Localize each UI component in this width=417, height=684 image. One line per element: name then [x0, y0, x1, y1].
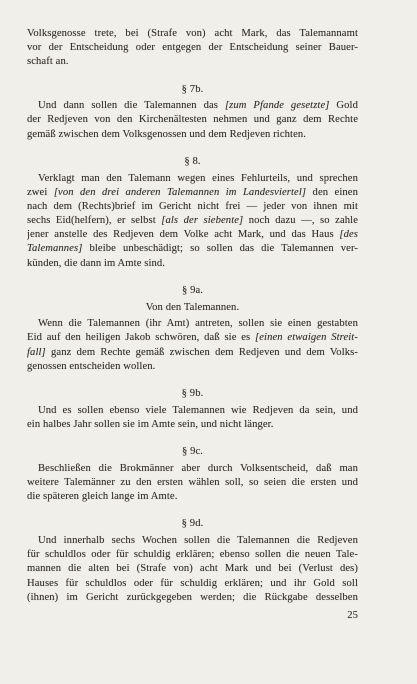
paragraph: Und innerhalb sechs Wochen sollen die Ta… — [27, 534, 358, 605]
text-segment: Wenn die Talemannen (ihr Amt) antreten, … — [38, 318, 358, 329]
section-subheading: Von den Talemannen. — [27, 301, 358, 315]
paragraph: Wenn die Talemannen (ihr Amt) antreten, … — [27, 317, 358, 374]
text-line: Und es sollen ebenso viele Talemannen wi… — [27, 404, 358, 418]
inline-insertion: [einen etwaigen Streit- — [255, 332, 358, 343]
text-segment: zwei — [27, 187, 54, 198]
section-heading: § 9d. — [27, 517, 358, 531]
inline-insertion: [des — [339, 229, 358, 240]
text-segment: jener anstelle des Redjeven dem Volke ac… — [27, 229, 339, 240]
text-line: fall] ganz dem Rechte gemäß zwischen dem… — [27, 346, 358, 360]
text-segment: mannen die alten bei (Strafe von) acht M… — [27, 563, 358, 574]
paragraph: Und dann sollen die Talemannen das [zum … — [27, 99, 358, 142]
text-segment: der Redjeven von den Kirchenältesten neh… — [27, 114, 358, 125]
inline-insertion: Talemannes] — [27, 243, 82, 254]
text-segment: Und es sollen ebenso viele Talemannen wi… — [38, 405, 358, 416]
text-segment: für schuldlos oder für schuldig erklären… — [27, 549, 358, 560]
paragraph: Und es sollen ebenso viele Talemannen wi… — [27, 404, 358, 432]
paragraph: Beschließen die Brokmänner aber durch Vo… — [27, 462, 358, 505]
text-segment: Volksgenosse trete, bei (Strafe von) ach… — [27, 28, 358, 39]
section-heading: § 9c. — [27, 445, 358, 459]
text-line: für schuldlos oder für schuldig erklären… — [27, 548, 358, 562]
text-segment: ein halbes Jahr sollen sie im Amte sein,… — [27, 419, 273, 430]
text-segment: ganz dem Rechte gemäß zwischen dem Redje… — [46, 347, 358, 358]
text-segment: sechs Eid(helfern), er selbst — [27, 215, 161, 226]
section-heading: § 8. — [27, 155, 358, 169]
text-line: Eid auf den heiligen Jakob schwören, daß… — [27, 331, 358, 345]
text-segment: künden, die dann im Amte sind. — [27, 258, 165, 269]
text-line: künden, die dann im Amte sind. — [27, 257, 358, 271]
page-number: 25 — [27, 609, 358, 623]
text-line: Verklagt man den Talemann wegen eines Fe… — [27, 172, 358, 186]
text-segment: vor der Entscheidung oder entgegen der E… — [27, 42, 358, 53]
text-line: weitere Talemänner zu den ersten wählen … — [27, 476, 358, 490]
text-line: Und dann sollen die Talemannen das [zum … — [27, 99, 358, 113]
text-segment: gemäß zwischen dem Volksgenossen und dem… — [27, 129, 306, 140]
text-line: genossen entscheiden wollen. — [27, 360, 358, 374]
text-line: Beschließen die Brokmänner aber durch Vo… — [27, 462, 358, 476]
section-heading: § 7b. — [27, 83, 358, 97]
text-segment: Und dann sollen die Talemannen das — [38, 100, 225, 111]
text-line: Hauses für schuldlos oder für schuldig e… — [27, 577, 358, 591]
text-segment: die späteren gleich lange im Amte. — [27, 491, 178, 502]
text-segment: den einen — [306, 187, 358, 198]
text-segment: noch dazu —, so zahle — [243, 215, 358, 226]
text-segment: Hauses für schuldlos oder für schuldig e… — [27, 578, 358, 589]
section-heading: § 9b. — [27, 387, 358, 401]
text-line: Talemannes] bleibe unbeschädigt; so soll… — [27, 242, 358, 256]
text-line: der Redjeven von den Kirchenältesten neh… — [27, 113, 358, 127]
inline-insertion: fall] — [27, 347, 46, 358]
text-line: zwei [von den drei anderen Talemannen im… — [27, 186, 358, 200]
text-segment: nach dem (Rechts)brief im Gericht nicht … — [27, 201, 358, 212]
text-line: mannen die alten bei (Strafe von) acht M… — [27, 562, 358, 576]
page-body: Volksgenosse trete, bei (Strafe von) ach… — [27, 27, 358, 605]
page-content: Volksgenosse trete, bei (Strafe von) ach… — [27, 0, 358, 623]
text-line: sechs Eid(helfern), er selbst [als der s… — [27, 214, 358, 228]
text-line: ein halbes Jahr sollen sie im Amte sein,… — [27, 418, 358, 432]
text-segment: Gold — [330, 100, 359, 111]
inline-insertion: [als der siebente] — [161, 215, 243, 226]
text-line: jener anstelle des Redjeven dem Volke ac… — [27, 228, 358, 242]
text-segment: Verklagt man den Talemann wegen eines Fe… — [38, 173, 358, 184]
text-line: schaft an. — [27, 55, 358, 69]
text-segment: Und innerhalb sechs Wochen sollen die Ta… — [38, 535, 358, 546]
text-segment: (ihnen) im Gericht zurückgegeben werden;… — [27, 592, 358, 603]
text-line: die späteren gleich lange im Amte. — [27, 490, 358, 504]
inline-insertion: [zum Pfande gesetzte] — [225, 100, 330, 111]
text-line: Und innerhalb sechs Wochen sollen die Ta… — [27, 534, 358, 548]
text-line: Wenn die Talemannen (ihr Amt) antreten, … — [27, 317, 358, 331]
section-heading: § 9a. — [27, 284, 358, 298]
text-segment: weitere Talemänner zu den ersten wählen … — [27, 477, 358, 488]
text-segment: schaft an. — [27, 56, 69, 67]
text-line: Volksgenosse trete, bei (Strafe von) ach… — [27, 27, 358, 41]
text-line: gemäß zwischen dem Volksgenossen und dem… — [27, 128, 358, 142]
text-segment: genossen entscheiden wollen. — [27, 361, 155, 372]
book-page: Volksgenosse trete, bei (Strafe von) ach… — [0, 0, 417, 684]
text-line: nach dem (Rechts)brief im Gericht nicht … — [27, 200, 358, 214]
text-segment: bleibe unbeschädigt; so sollen das die T… — [82, 243, 358, 254]
text-segment: Beschließen die Brokmänner aber durch Vo… — [38, 463, 358, 474]
paragraph: Verklagt man den Talemann wegen eines Fe… — [27, 172, 358, 271]
text-line: (ihnen) im Gericht zurückgegeben werden;… — [27, 591, 358, 605]
paragraph: Volksgenosse trete, bei (Strafe von) ach… — [27, 27, 358, 70]
text-segment: Eid auf den heiligen Jakob schwören, daß… — [27, 332, 255, 343]
inline-insertion: [von den drei anderen Talemannen im Land… — [54, 187, 306, 198]
text-line: vor der Entscheidung oder entgegen der E… — [27, 41, 358, 55]
